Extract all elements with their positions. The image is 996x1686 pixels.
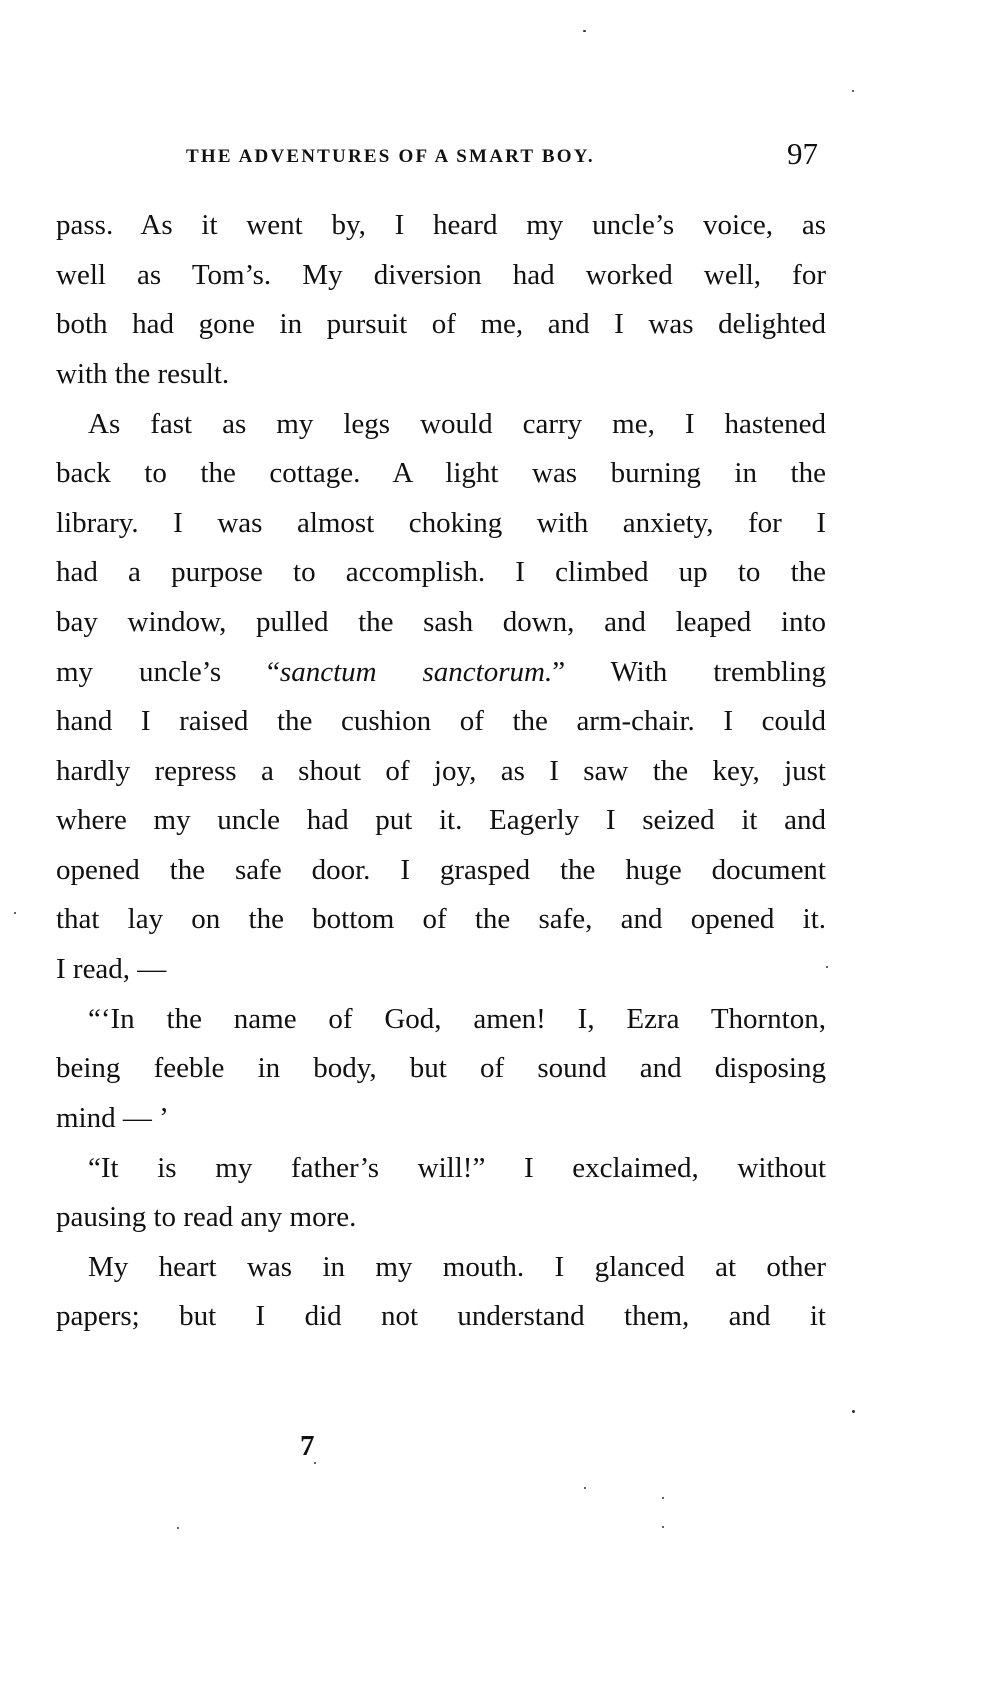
scan-speck [662, 1526, 664, 1528]
signature-mark: 7 [300, 1430, 315, 1463]
page-number: 97 [787, 136, 818, 172]
text-fragment: ” With trembling [552, 656, 826, 688]
text-line: opened the safe door. I grasped the huge… [56, 850, 826, 890]
text-line-with-italic: my uncle’s “sanctum sanctorum.” With tre… [56, 652, 826, 692]
scan-speck [177, 1527, 179, 1529]
text-line: hand I raised the cushion of the arm-cha… [56, 701, 826, 741]
text-line: where my uncle had put it. Eagerly I sei… [56, 800, 826, 840]
text-line: pausing to read any more. [56, 1197, 826, 1237]
paragraph-start-line: My heart was in my mouth. I glanced at o… [88, 1247, 826, 1287]
scan-speck [852, 1410, 855, 1413]
text-line: I read, — [56, 949, 826, 989]
book-page: THE ADVENTURES OF A SMART BOY. 97 pass. … [0, 0, 996, 1686]
scan-speck [584, 1487, 586, 1489]
scan-speck [583, 30, 586, 32]
scan-speck [14, 912, 16, 914]
text-line: pass. As it went by, I heard my uncle’s … [56, 205, 826, 245]
paragraph-start-line: As fast as my legs would carry me, I has… [88, 404, 826, 444]
text-line: hardly repress a shout of joy, as I saw … [56, 751, 826, 791]
running-head-title: THE ADVENTURES OF A SMART BOY. [186, 146, 595, 168]
text-line: library. I was almost choking with anxie… [56, 503, 826, 543]
scan-speck [826, 966, 828, 968]
text-line: with the result. [56, 354, 826, 394]
text-line: had a purpose to accomplish. I climbed u… [56, 552, 826, 592]
paragraph-start-line: “It is my father’s will!” I exclaimed, w… [88, 1148, 826, 1188]
scan-speck [314, 1462, 316, 1464]
text-line: being feeble in body, but of sound and d… [56, 1048, 826, 1088]
text-line: both had gone in pursuit of me, and I wa… [56, 304, 826, 344]
text-fragment: my uncle’s “ [56, 656, 280, 688]
text-line: back to the cottage. A light was burning… [56, 453, 826, 493]
scan-speck [852, 90, 854, 92]
text-line: bay window, pulled the sash down, and le… [56, 602, 826, 642]
text-line: that lay on the bottom of the safe, and … [56, 899, 826, 939]
text-line: papers; but I did not understand them, a… [56, 1296, 826, 1336]
text-line: well as Tom’s. My diversion had worked w… [56, 255, 826, 295]
paragraph-start-line: “‘In the name of God, amen! I, Ezra Thor… [88, 999, 826, 1039]
text-line: mind — ’ [56, 1098, 826, 1138]
italic-phrase: sanctum sanctorum. [280, 656, 552, 688]
scan-speck [662, 1497, 664, 1499]
